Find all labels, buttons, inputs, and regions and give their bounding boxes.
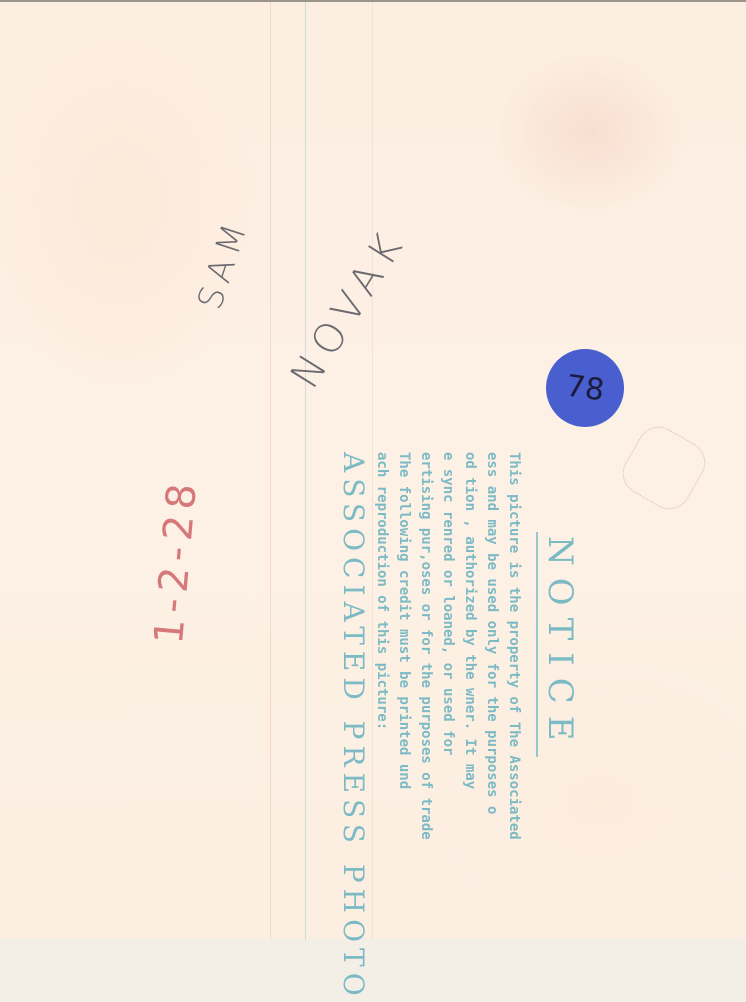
stamp-line: ertising pur,oses or for the purposes of… [418,452,434,840]
stamp-line: The following credit must be printed und [396,452,412,789]
handwritten-first-name: SAM [190,214,257,315]
paper-crease [305,2,306,938]
stamp-heading: NOTICE [536,532,580,757]
stamp-line: od tion , authorized by the wner. It may [462,452,478,789]
number-sticker: 78 [546,349,624,427]
paper-crease [270,2,271,938]
notice-stamp: NOTICE This picture is the property of T… [330,452,580,852]
stamp-line: ess and may be used only for the purpose… [484,452,500,814]
paper-stain [615,419,713,517]
stamp-credit: ASSOCIATED PRESS PHOTO [337,452,370,938]
stamp-line: This picture is the property of The Asso… [506,452,522,840]
sticker-number: 78 [564,368,607,408]
stamp-line: ach reproduction of this picture: [374,452,390,730]
stamp-line: e sync renred or loaned, or used for [440,452,456,755]
handwritten-date: 1-2-28 [146,476,206,646]
handwritten-last-name: NOVAK [282,220,416,396]
photo-back-paper: SAM NOVAK 1-2-28 78 NOTICE This picture … [0,0,746,938]
